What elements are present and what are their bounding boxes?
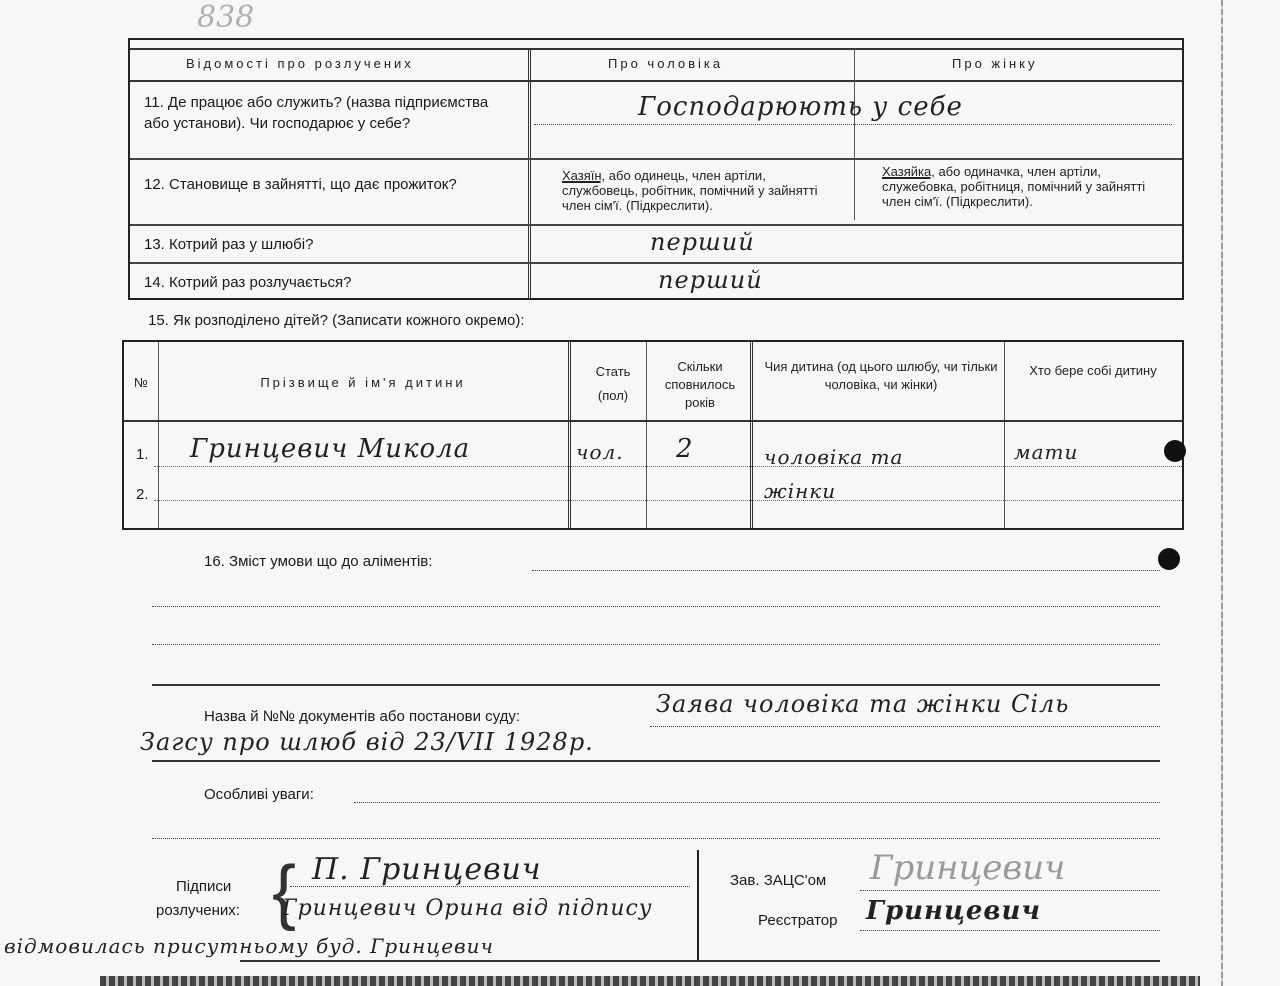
col-header-taker: Хто бере собі дитину: [1008, 358, 1178, 384]
col-header-name: Прізвище й ім'я дитини: [158, 374, 568, 392]
notes-line: [354, 802, 1160, 803]
row-divider: [130, 224, 1182, 226]
answer-11-husband: Господарюють у себе: [638, 92, 963, 122]
sheet-number: 838: [197, 0, 254, 35]
col-header-age: Скільки сповнилось років: [650, 358, 750, 412]
registrar-signature: Гринцевич: [866, 896, 1041, 926]
signature-divider: [697, 850, 699, 962]
documents-value-line1: Заява чоловіка та жінки Сіль: [656, 690, 1069, 718]
header-wife: Про жінку: [952, 56, 1038, 71]
row-2-no: 2.: [136, 486, 149, 503]
col-header-sex: Стать (пол): [580, 360, 646, 408]
alimony-line: [532, 570, 1160, 571]
signatures-label-1: Підписи: [176, 878, 231, 895]
row-line: [154, 466, 1182, 467]
row-divider: [130, 262, 1182, 264]
row-divider: [130, 158, 1182, 160]
row-1-whose: чоловіка та жінки: [764, 440, 964, 508]
signature-2: Гринцевич Орина від підпису: [282, 896, 653, 921]
children-section-label: 15. Як розподілено дітей? (Записати кожн…: [148, 312, 525, 329]
header-husband: Про чоловіка: [608, 56, 723, 71]
divorce-info-table: Відомості про розлучених Про чоловіка Пр…: [128, 38, 1184, 300]
header-info: Відомості про розлучених: [186, 56, 414, 71]
signatures-label-2: розлучених:: [156, 902, 240, 919]
children-table: № Прізвище й ім'я дитини Стать (пол) Скі…: [122, 340, 1184, 530]
row-1-no: 1.: [136, 446, 149, 463]
registrar-label: Реєстратор: [758, 912, 837, 929]
notes-line: [152, 838, 1160, 839]
head-signature: Гринцевич: [870, 848, 1065, 888]
registrar-line: [860, 930, 1160, 931]
page-fold: [1221, 0, 1223, 986]
row-1-name: Гринцевич Микола: [190, 434, 470, 464]
row-1-taker: мати: [1014, 440, 1078, 464]
row-1-sex: чол.: [576, 440, 624, 464]
bottom-divider: [240, 960, 1160, 962]
bottom-edge: [100, 976, 1200, 986]
col-header-no: №: [124, 374, 158, 392]
answer-line: [534, 124, 1172, 125]
notes-label: Особливі уваги:: [204, 786, 314, 803]
question-13: 13. Котрий раз у шлюбі?: [144, 234, 313, 255]
column-divider: [528, 48, 531, 298]
documents-value-line2: Загсу про шлюб від 23/VII 1928р.: [140, 728, 594, 756]
punch-hole: [1158, 548, 1180, 570]
head-line: [860, 890, 1160, 891]
answer-12-husband-options: Хазяїн, або одинець, член артіли, службо…: [562, 168, 832, 213]
signature-3-note: відмовилась присутньому буд. Гринцевич: [4, 934, 494, 958]
header-divider: [124, 420, 1182, 422]
answer-12-wife-options: Хазяйка, або одиначка, член артіли, служ…: [882, 164, 1164, 209]
question-14: 14. Котрий раз розлучається?: [144, 272, 351, 293]
alimony-line: [152, 644, 1160, 645]
row-line: [154, 500, 1182, 501]
alimony-line: [152, 606, 1160, 607]
col-header-whose: Чия дитина (од цього шлюбу, чи тільки чо…: [758, 358, 1004, 394]
question-12: 12. Становище в зайнятті, що дає прожито…: [144, 174, 474, 195]
column-divider: [854, 48, 855, 220]
answer-14: перший: [658, 266, 763, 294]
section-divider: [152, 760, 1160, 762]
head-label: Зав. ЗАЦС'ом: [730, 872, 826, 889]
section-divider: [152, 684, 1160, 686]
question-11: 11. Де працює або служить? (назва підпри…: [144, 92, 514, 134]
answer-13: перший: [650, 228, 755, 256]
alimony-label: 16. Зміст умови що до аліментів:: [204, 553, 432, 570]
signature-1: П. Гринцевич: [312, 852, 542, 887]
punch-hole: [1164, 440, 1186, 462]
documents-line: [650, 726, 1160, 727]
documents-label: Назва й №№ документів або постанови суду…: [204, 708, 520, 725]
row-1-age: 2: [676, 434, 694, 464]
